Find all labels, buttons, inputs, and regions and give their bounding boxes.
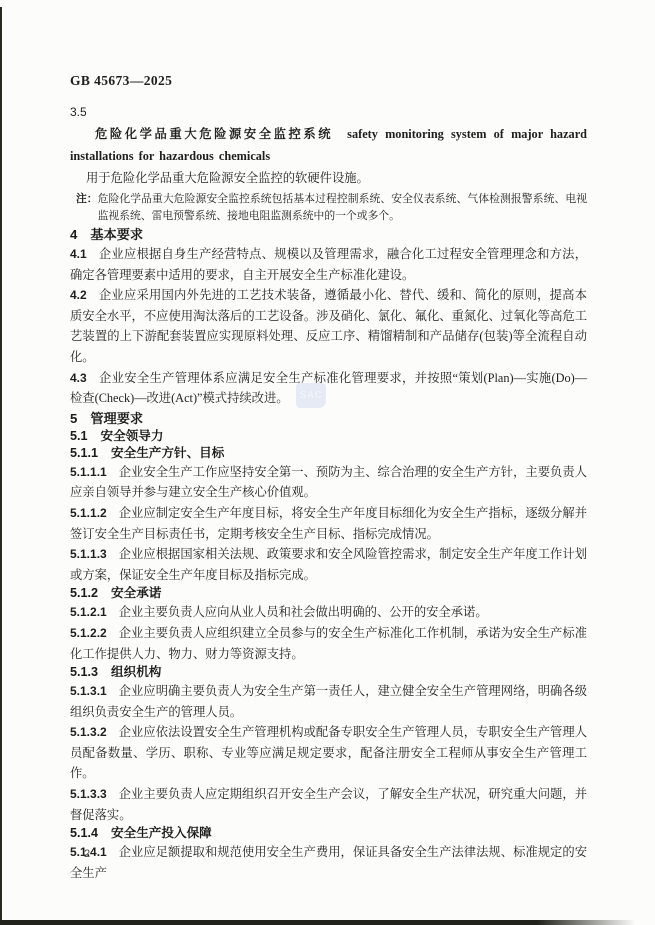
clause-text: 企业应根据自身生产经营特点、规模以及管理需求，融合化工过程安全管理理念和方法，确… — [70, 247, 587, 282]
clause-paragraph: 5.1.4.1企业应足额提取和规范使用安全生产费用，保证具备安全生产法律法规、标… — [70, 842, 587, 883]
heading-number: 5.1.4 — [70, 826, 98, 840]
heading-number: 5.1.1 — [70, 446, 98, 460]
clause-paragraph: 5.1.3.3企业主要负责人应定期组织召开安全生产会议，了解安全生产状况，研究重… — [70, 784, 587, 825]
section-heading: 5.1.3组织机构 — [70, 664, 587, 681]
clause-number: 5.1.3.2 — [70, 725, 107, 739]
clause-text: 企业主要负责人应定期组织召开安全生产会议，了解安全生产状况，研究重大问题，并督促… — [70, 787, 587, 822]
clause-paragraph: 5.1.3.2企业应依法设置安全生产管理机构或配备专职安全生产管理人员，专职安全… — [70, 722, 587, 784]
clause-text: 企业应明确主要负责人为安全生产第一责任人，建立健全安全生产管理网络，明确各级组织… — [70, 684, 587, 719]
heading-number: 5.1 — [70, 429, 88, 443]
clause-number: 5.1.1.2 — [70, 506, 107, 520]
section-heading: 4基本要求 — [70, 225, 587, 244]
clause-text: 企业应采用国内外先进的工艺技术装备，遵循最小化、替代、缓和、简化的原则，提高本质… — [70, 288, 587, 364]
clause-paragraph: 5.1.1.3企业应根据国家相关法规、政策要求和安全风险管控需求，制定安全生产年… — [70, 544, 587, 585]
clause-number: 4.1 — [70, 247, 87, 261]
scan-edge-bottom — [0, 920, 655, 925]
heading-title: 管理要求 — [90, 411, 143, 426]
clause-paragraph: 5.1.1.1企业安全生产工作应坚持安全第一、预防为主、综合治理的安全生产方针，… — [70, 462, 587, 503]
page-number: 2 — [84, 848, 90, 860]
clause-text: 企业安全生产管理体系应满足安全生产标准化管理要求，并按照“策划(Plan)—实施… — [70, 371, 587, 406]
clause-number: 5.1.3.3 — [70, 787, 107, 801]
term-number: 3.5 — [70, 103, 587, 121]
note-text: 危险化学品重大危险源安全监控系统包括基本过程控制系统、安全仪表系统、气体检测报警… — [98, 191, 587, 225]
heading-number: 4 — [70, 227, 77, 242]
clause-text: 企业主要负责人应组织建立全员参与的安全生产标准化工作机制，承诺为安全生产标准化工… — [70, 626, 587, 661]
document-page: GB 45673—2025 3.5危险化学品重大危险源安全监控系统safety … — [0, 0, 655, 925]
clause-paragraph: 5.1.2.1企业主要负责人应向从业人员和社会做出明确的、公开的安全承诺。 — [70, 602, 587, 623]
section-heading: 5.1安全领导力 — [70, 428, 587, 445]
heading-title: 组织机构 — [111, 665, 161, 679]
clause-number: 4.3 — [70, 371, 87, 385]
heading-title: 安全承诺 — [111, 586, 161, 600]
clause-text: 企业主要负责人应向从业人员和社会做出明确的、公开的安全承诺。 — [119, 605, 488, 619]
standard-note: 注：危险化学品重大危险源安全监控系统包括基本过程控制系统、安全仪表系统、气体检测… — [70, 191, 587, 225]
document-content: 3.5危险化学品重大危险源安全监控系统safety monitoring sys… — [70, 103, 587, 883]
heading-title: 安全生产方针、目标 — [111, 446, 224, 460]
heading-number: 5.1.3 — [70, 665, 98, 679]
clause-number: 5.1.1.3 — [70, 547, 107, 561]
section-heading: 5管理要求 — [70, 409, 587, 428]
clause-text: 企业应依法设置安全生产管理机构或配备专职安全生产管理人员，专职安全生产管理人员配… — [70, 725, 587, 780]
heading-title: 安全领导力 — [101, 429, 164, 443]
heading-title: 安全生产投入保障 — [111, 826, 212, 840]
clause-paragraph: 4.3企业安全生产管理体系应满足安全生产标准化管理要求，并按照“策划(Plan)… — [70, 368, 587, 409]
clause-number: 5.1.2.2 — [70, 626, 107, 640]
note-label: 注： — [76, 191, 98, 225]
heading-number: 5 — [70, 411, 77, 426]
clause-text: 企业应根据国家相关法规、政策要求和安全风险管控需求，制定安全生产年度工作计划或方… — [70, 547, 587, 582]
heading-number: 5.1.2 — [70, 586, 98, 600]
heading-title: 基本要求 — [90, 227, 143, 242]
clause-number: 4.2 — [70, 288, 87, 302]
clause-number: 5.1.3.1 — [70, 684, 107, 698]
clause-paragraph: 5.1.3.1企业应明确主要负责人为安全生产第一责任人，建立健全安全生产管理网络… — [70, 681, 587, 722]
definition-text: 用于危险化学品重大危险源安全监控的软硬件设施。 — [70, 167, 587, 189]
clause-paragraph: 4.1企业应根据自身生产经营特点、规模以及管理需求，融合化工过程安全管理理念和方… — [70, 244, 587, 285]
clause-text: 企业应制定安全生产年度目标，将安全生产年度目标细化为安全生产指标，逐级分解并签订… — [70, 506, 587, 541]
clause-paragraph: 4.2企业应采用国内外先进的工艺技术装备，遵循最小化、替代、缓和、简化的原则，提… — [70, 285, 587, 367]
clause-text: 企业应足额提取和规范使用安全生产费用，保证具备安全生产法律法规、标准规定的安全生… — [70, 845, 587, 880]
clause-paragraph: 5.1.2.2企业主要负责人应组织建立全员参与的安全生产标准化工作机制，承诺为安… — [70, 623, 587, 664]
term-entry: 危险化学品重大危险源安全监控系统safety monitoring system… — [70, 123, 587, 167]
section-heading: 5.1.4安全生产投入保障 — [70, 825, 587, 842]
scan-edge-left — [0, 7, 2, 925]
section-heading: 5.1.2安全承诺 — [70, 585, 587, 602]
sac-watermark-logo: SAC — [296, 383, 326, 408]
standard-number: GB 45673—2025 — [70, 72, 587, 89]
clause-text: 企业安全生产工作应坚持安全第一、预防为主、综合治理的安全生产方针，主要负责人应亲… — [70, 465, 587, 500]
section-heading: 5.1.1安全生产方针、目标 — [70, 445, 587, 462]
clause-number: 5.1.1.1 — [70, 465, 107, 479]
clause-paragraph: 5.1.1.2企业应制定安全生产年度目标，将安全生产年度目标细化为安全生产指标，… — [70, 503, 587, 544]
term-zh-text: 危险化学品重大危险源安全监控系统 — [95, 127, 333, 141]
clause-number: 5.1.2.1 — [70, 605, 107, 619]
